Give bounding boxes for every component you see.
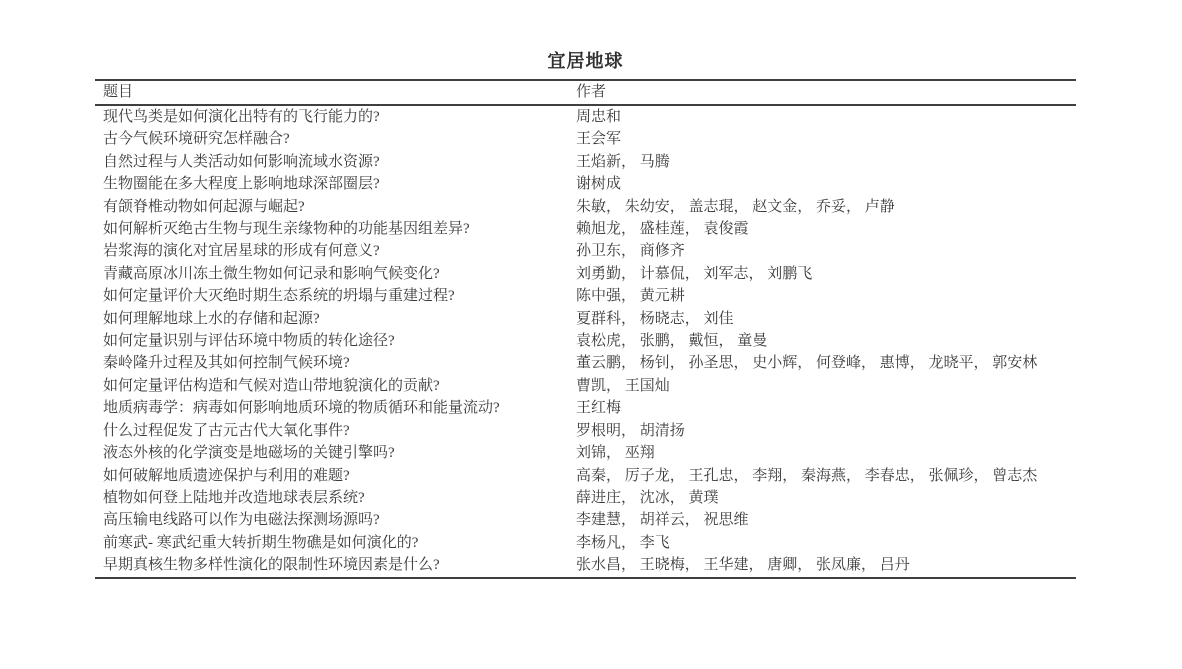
authors-cell: 罗根明， 胡清扬 — [568, 420, 1076, 442]
topic-cell: 如何定量评价大灭绝时期生态系统的坍塌与重建过程? — [95, 285, 568, 307]
topic-cell: 自然过程与人类活动如何影响流域水资源? — [95, 151, 568, 173]
page-title: 宜居地球 — [95, 50, 1076, 72]
topic-cell: 高压输电线路可以作为电磁法探测场源吗? — [95, 509, 568, 531]
topic-cell: 如何解析灭绝古生物与现生亲缘物种的功能基因组差异? — [95, 218, 568, 240]
authors-cell: 李杨凡， 李飞 — [568, 532, 1076, 554]
authors-cell: 曹凯， 王国灿 — [568, 375, 1076, 397]
table-row: 自然过程与人类活动如何影响流域水资源?王焰新， 马腾 — [95, 151, 1076, 173]
authors-cell: 朱敏， 朱幼安， 盖志琨， 赵文金， 乔妥， 卢静 — [568, 196, 1076, 218]
topic-cell: 有颌脊椎动物如何起源与崛起? — [95, 196, 568, 218]
authors-cell: 薛进庄， 沈冰， 黄璞 — [568, 487, 1076, 509]
table-row: 如何定量评价大灭绝时期生态系统的坍塌与重建过程?陈中强， 黄元耕 — [95, 285, 1076, 307]
topic-cell: 如何定量评估构造和气候对造山带地貌演化的贡献? — [95, 375, 568, 397]
table-row: 高压输电线路可以作为电磁法探测场源吗?李建慧， 胡祥云， 祝思维 — [95, 509, 1076, 531]
authors-cell: 孙卫东， 商修齐 — [568, 240, 1076, 262]
table-row: 地质病毒学：病毒如何影响地质环境的物质循环和能量流动?王红梅 — [95, 397, 1076, 419]
table-row: 如何定量评估构造和气候对造山带地貌演化的贡献?曹凯， 王国灿 — [95, 375, 1076, 397]
table-row: 秦岭隆升过程及其如何控制气候环境?董云鹏， 杨钊， 孙圣思， 史小辉， 何登峰，… — [95, 352, 1076, 374]
authors-cell: 袁松虎， 张鹏， 戴恒， 童曼 — [568, 330, 1076, 352]
authors-cell: 王焰新， 马腾 — [568, 151, 1076, 173]
column-header-topic: 题目 — [95, 80, 568, 105]
authors-cell: 王会军 — [568, 128, 1076, 150]
authors-cell: 夏群科， 杨晓志， 刘佳 — [568, 308, 1076, 330]
topic-cell: 青藏高原冰川冻土微生物如何记录和影响气候变化? — [95, 263, 568, 285]
table-row: 前寒武- 寒武纪重大转折期生物礁是如何演化的?李杨凡， 李飞 — [95, 532, 1076, 554]
table-body: 现代鸟类是如何演化出特有的飞行能力的?周忠和古今气候环境研究怎样融合?王会军自然… — [95, 105, 1076, 578]
document-page: 宜居地球 题目 作者 现代鸟类是如何演化出特有的飞行能力的?周忠和古今气候环境研… — [95, 50, 1076, 579]
topic-cell: 岩浆海的演化对宜居星球的形成有何意义? — [95, 240, 568, 262]
authors-cell: 刘锦， 巫翔 — [568, 442, 1076, 464]
table-row: 如何定量识别与评估环境中物质的转化途径?袁松虎， 张鹏， 戴恒， 童曼 — [95, 330, 1076, 352]
topic-cell: 前寒武- 寒武纪重大转折期生物礁是如何演化的? — [95, 532, 568, 554]
authors-cell: 赖旭龙， 盛桂莲， 袁俊霞 — [568, 218, 1076, 240]
column-header-authors: 作者 — [568, 80, 1076, 105]
authors-cell: 董云鹏， 杨钊， 孙圣思， 史小辉， 何登峰， 惠博， 龙晓平， 郭安林 — [568, 352, 1076, 374]
authors-cell: 谢树成 — [568, 173, 1076, 195]
table-row: 液态外核的化学演变是地磁场的关键引擎吗?刘锦， 巫翔 — [95, 442, 1076, 464]
authors-cell: 周忠和 — [568, 105, 1076, 128]
topic-cell: 如何理解地球上水的存储和起源? — [95, 308, 568, 330]
table-row: 有颌脊椎动物如何起源与崛起?朱敏， 朱幼安， 盖志琨， 赵文金， 乔妥， 卢静 — [95, 196, 1076, 218]
topic-cell: 秦岭隆升过程及其如何控制气候环境? — [95, 352, 568, 374]
table-row: 岩浆海的演化对宜居星球的形成有何意义?孙卫东， 商修齐 — [95, 240, 1076, 262]
table-row: 青藏高原冰川冻土微生物如何记录和影响气候变化?刘勇勤， 计慕侃， 刘军志， 刘鹏… — [95, 263, 1076, 285]
table-row: 如何破解地质遗迹保护与利用的难题?高秦， 厉子龙， 王孔忠， 李翔， 秦海燕， … — [95, 465, 1076, 487]
authors-cell: 王红梅 — [568, 397, 1076, 419]
authors-cell: 陈中强， 黄元耕 — [568, 285, 1076, 307]
topic-cell: 什么过程促发了古元古代大氧化事件? — [95, 420, 568, 442]
table-row: 植物如何登上陆地并改造地球表层系统?薛进庄， 沈冰， 黄璞 — [95, 487, 1076, 509]
table-row: 生物圈能在多大程度上影响地球深部圈层?谢树成 — [95, 173, 1076, 195]
topics-authors-table: 题目 作者 现代鸟类是如何演化出特有的飞行能力的?周忠和古今气候环境研究怎样融合… — [95, 79, 1076, 579]
authors-cell: 刘勇勤， 计慕侃， 刘军志， 刘鹏飞 — [568, 263, 1076, 285]
table-row: 什么过程促发了古元古代大氧化事件?罗根明， 胡清扬 — [95, 420, 1076, 442]
topic-cell: 植物如何登上陆地并改造地球表层系统? — [95, 487, 568, 509]
authors-cell: 李建慧， 胡祥云， 祝思维 — [568, 509, 1076, 531]
topic-cell: 如何破解地质遗迹保护与利用的难题? — [95, 465, 568, 487]
topic-cell: 地质病毒学：病毒如何影响地质环境的物质循环和能量流动? — [95, 397, 568, 419]
topic-cell: 液态外核的化学演变是地磁场的关键引擎吗? — [95, 442, 568, 464]
authors-cell: 高秦， 厉子龙， 王孔忠， 李翔， 秦海燕， 李春忠， 张佩珍， 曾志杰 — [568, 465, 1076, 487]
table-header: 题目 作者 — [95, 80, 1076, 105]
topic-cell: 早期真核生物多样性演化的限制性环境因素是什么? — [95, 554, 568, 577]
topic-cell: 如何定量识别与评估环境中物质的转化途径? — [95, 330, 568, 352]
authors-cell: 张水昌， 王晓梅， 王华建， 唐卿， 张凤廉， 吕丹 — [568, 554, 1076, 577]
topic-cell: 生物圈能在多大程度上影响地球深部圈层? — [95, 173, 568, 195]
table-row: 如何解析灭绝古生物与现生亲缘物种的功能基因组差异?赖旭龙， 盛桂莲， 袁俊霞 — [95, 218, 1076, 240]
table-row: 现代鸟类是如何演化出特有的飞行能力的?周忠和 — [95, 105, 1076, 128]
table-row: 古今气候环境研究怎样融合?王会军 — [95, 128, 1076, 150]
topic-cell: 古今气候环境研究怎样融合? — [95, 128, 568, 150]
table-row: 早期真核生物多样性演化的限制性环境因素是什么?张水昌， 王晓梅， 王华建， 唐卿… — [95, 554, 1076, 577]
table-row: 如何理解地球上水的存储和起源?夏群科， 杨晓志， 刘佳 — [95, 308, 1076, 330]
topic-cell: 现代鸟类是如何演化出特有的飞行能力的? — [95, 105, 568, 128]
